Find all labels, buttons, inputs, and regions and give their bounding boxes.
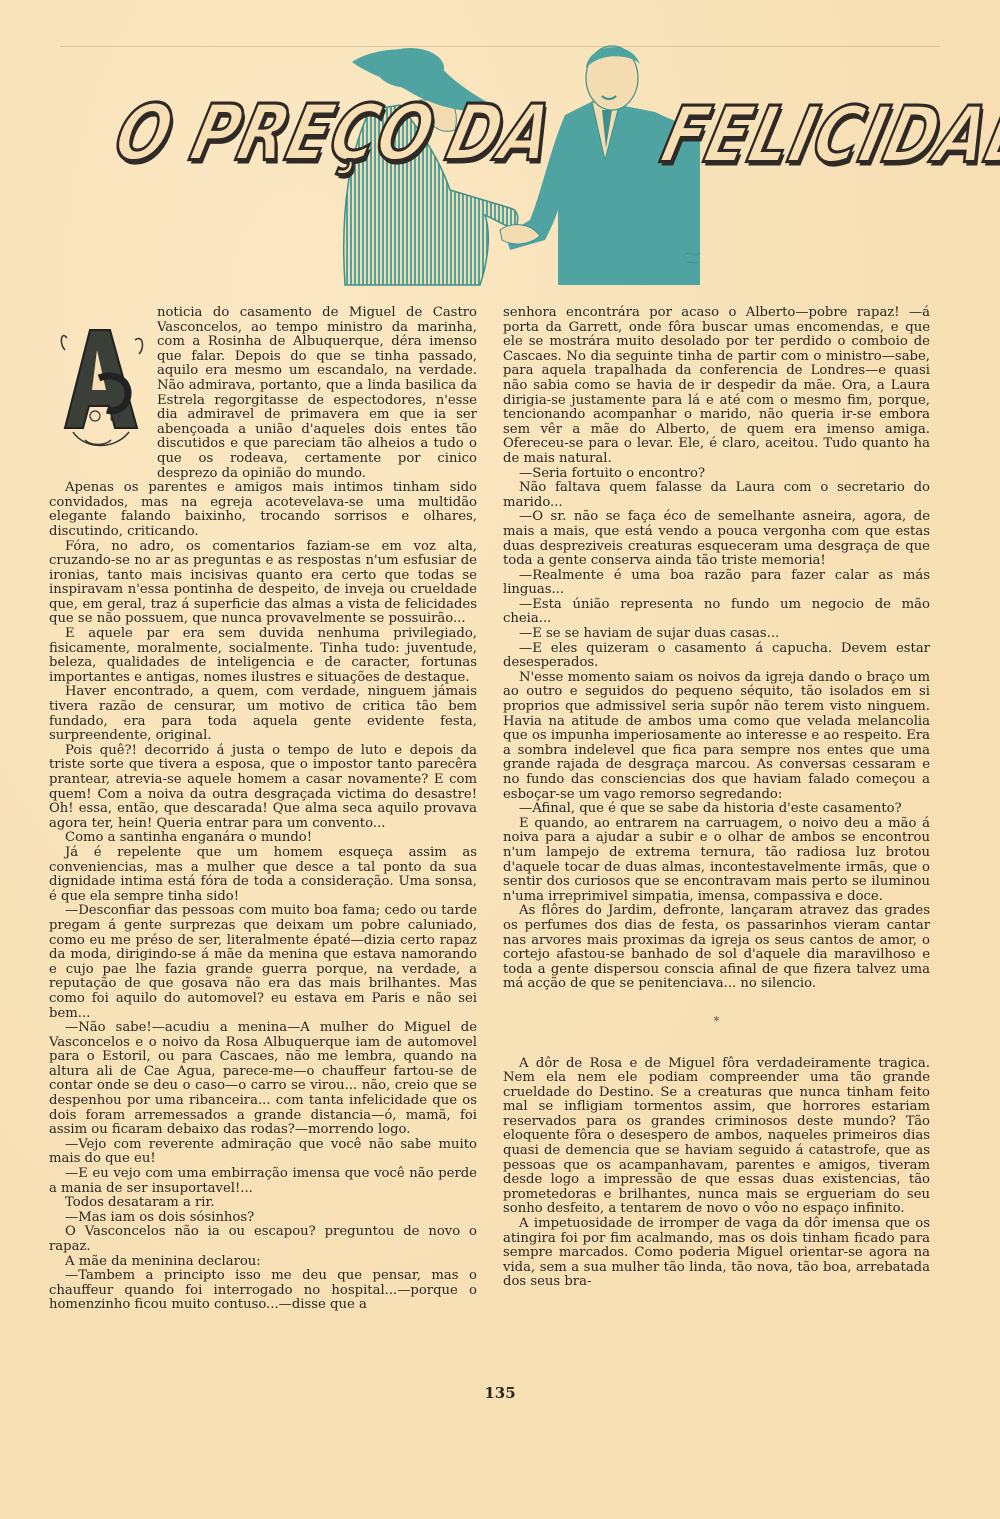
title-word-da: DA — [440, 95, 561, 173]
paragraph: N'esse momento saiam os noivos da igreja… — [503, 671, 930, 802]
paragraph: —Seria fortuito o encontro? — [503, 467, 930, 482]
paragraph: Não faltava quem falasse da Laura com o … — [503, 481, 930, 510]
paragraph: A impetuosidade de irromper de vaga da d… — [503, 1217, 930, 1290]
paragraph: —E se se haviam de sujar duas casas... — [503, 627, 930, 642]
article-header: O PREÇO DA FELICIDADE — [0, 0, 1000, 300]
paragraph: —Mas iam os dois sósinhos? — [49, 1211, 477, 1226]
paragraph: Todos desataram a rir. — [49, 1196, 477, 1211]
page-number: 135 — [462, 1384, 538, 1402]
title-word-felicidade: FELICIDADE — [655, 97, 1000, 175]
paragraph: E aquele par era sem duvida nenhuma priv… — [49, 627, 477, 685]
paragraph: —Esta únião representa no fundo um negoc… — [503, 598, 930, 627]
paragraph: —Desconfiar das pessoas com muito boa fa… — [49, 904, 477, 1021]
paragraph: senhora encontrára por acaso o Alberto—p… — [503, 306, 930, 467]
paragraph: As flôres do Jardim, defronte, lançaram … — [503, 904, 930, 992]
paragraph: Como a santinha enganára o mundo! — [49, 831, 477, 846]
paragraph: —E eu vejo com uma embirração imensa que… — [49, 1167, 477, 1196]
paragraph: —Tambem a principto isso me deu que pens… — [49, 1269, 477, 1313]
left-column: noticia do casamento de Miguel de Castro… — [49, 306, 477, 1313]
dropcap-a-icon — [55, 320, 147, 460]
paragraph: Haver encontrado, a quem, com verdade, n… — [49, 685, 477, 743]
title-word-o-preco: O PREÇO — [108, 95, 442, 173]
paragraph: A dôr de Rosa e de Miguel fôra verdadeir… — [503, 1057, 930, 1218]
paragraph: Já é repelente que um homem esqueça assi… — [49, 846, 477, 904]
paragraph: —E eles quizeram o casamento á capucha. … — [503, 642, 930, 671]
paragraph: Apenas os parentes e amigos mais intimos… — [49, 481, 477, 539]
paragraph: E quando, ao entrarem na carruagem, o no… — [503, 817, 930, 905]
magazine-page: O PREÇO DA FELICIDADE noticia do casamen… — [0, 0, 1000, 1519]
paragraph: Pois quê?! decorrido á justa o tempo de … — [49, 744, 477, 832]
paragraph: A mãe da meninina declarou: — [49, 1255, 477, 1270]
right-column: senhora encontrára por acaso o Alberto—p… — [503, 306, 930, 1290]
paragraph: O Vasconcelos não ia ou escapou? pregunt… — [49, 1225, 477, 1254]
paragraph: —Não sabe!—acudiu a menina—A mulher do M… — [49, 1021, 477, 1138]
paragraph: Fóra, no adro, os comentarios faziam-se … — [49, 540, 477, 628]
paragraph: —O sr. não se faça éco de semelhante asn… — [503, 510, 930, 568]
paragraph: —Realmente é uma boa razão para fazer ca… — [503, 569, 930, 598]
paragraph: —Afinal, que é que se sabe da historia d… — [503, 802, 930, 817]
paragraph: —Vejo com reverente admiração que você n… — [49, 1138, 477, 1167]
section-separator: * — [503, 1014, 930, 1029]
ornamental-dropcap-a — [55, 320, 147, 470]
